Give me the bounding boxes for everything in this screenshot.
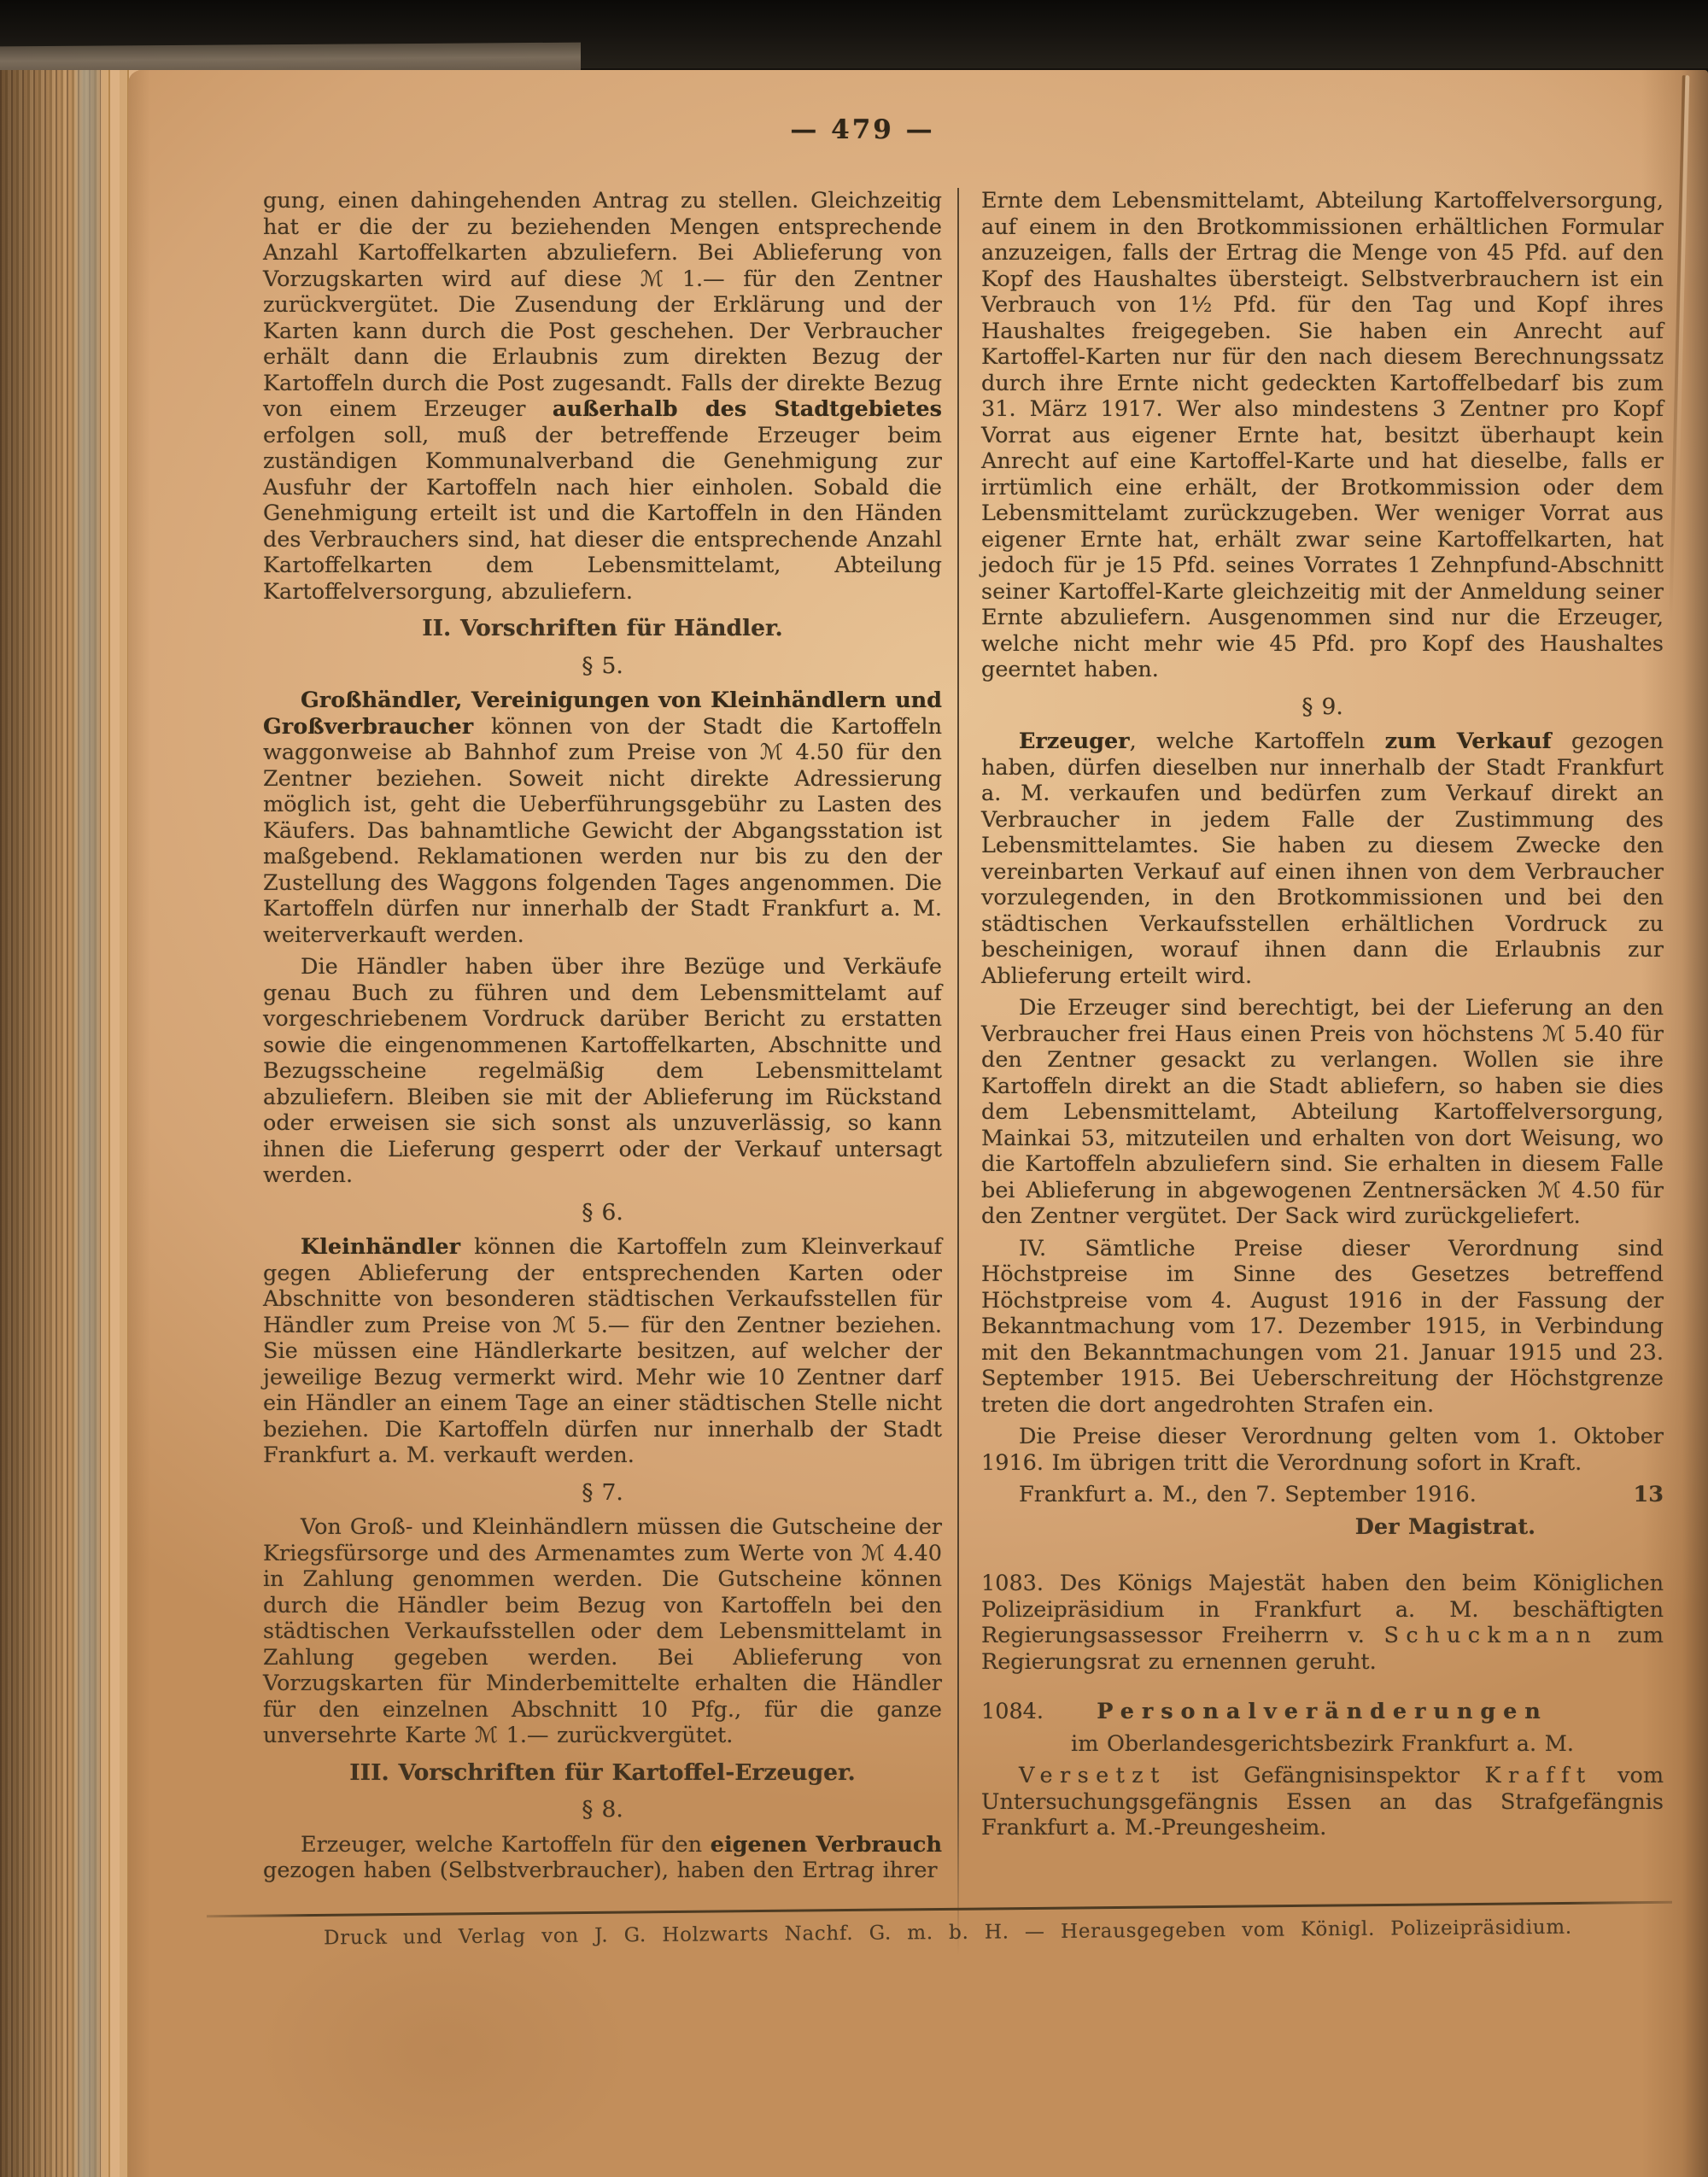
text-run: Die Preise dieser Verordnung gelten vom … (981, 1424, 1664, 1476)
paragraph-mark-heading: § 6. (263, 1200, 942, 1226)
paragraph: Kleinhändler können die Kartoffeln zum K… (263, 1234, 942, 1469)
paragraph: Großhändler, Vereinigungen von Kleinhänd… (263, 688, 942, 948)
text-run: , welche Kartoffeln (1130, 729, 1385, 754)
gazette-page: — 479 — gung, einen dahingehenden Antrag… (128, 70, 1708, 2177)
text-run: gung, einen dahingehenden Antrag zu stel… (263, 188, 942, 422)
text-run: gezogen haben, dürfen dieselben nur inne… (981, 729, 1664, 989)
serial-number: 13 (1634, 1482, 1664, 1508)
bold-run: Kleinhändler (301, 1234, 460, 1260)
text-run: Ernte dem Lebensmittelamt, Abteilung Kar… (981, 188, 1664, 682)
paragraph: Versetzt ist Gefängnisinspektor Krafft v… (981, 1763, 1664, 1841)
numbered-heading: 1084.Personalveränderungen (981, 1699, 1664, 1725)
text-run: Von Groß- und Kleinhändlern müssen die G… (263, 1514, 942, 1748)
bold-run: eigenen Verbrauch (711, 1832, 942, 1858)
paragraph: Die Händler haben über ihre Bezüge und V… (263, 954, 942, 1189)
centered-subheading: im Oberlandesgerichtsbezirk Frankfurt a.… (981, 1731, 1664, 1758)
letterspaced-run: Versetzt (1019, 1763, 1167, 1788)
bold-run: außerhalb des Stadtgebietes (553, 396, 942, 422)
paragraph: 1083. Des Königs Majestät haben den beim… (981, 1571, 1664, 1675)
text-run: gezogen haben (Selbstverbraucher), haben… (263, 1858, 938, 1883)
dateline: Frankfurt a. M., den 7. September 1916.1… (981, 1482, 1664, 1508)
item-number: 1084. (981, 1699, 1044, 1725)
text-run: Die Erzeuger sind berechtigt, bei der Li… (981, 995, 1664, 1229)
text-run: Erzeuger, welche Kartoffeln für den (301, 1832, 711, 1858)
page-edge-highlight-strip (73, 70, 102, 2177)
item-heading: Personalveränderungen (1097, 1699, 1547, 1724)
paragraph-mark-heading: § 7. (263, 1480, 942, 1507)
paragraph-mark-heading: § 9. (981, 694, 1664, 721)
column-divider-rule (957, 188, 959, 1956)
text-run: erfolgen soll, muß der betreffende Erzeu… (263, 423, 942, 605)
dateline-place-date: Frankfurt a. M., den 7. September 1916. (1019, 1482, 1477, 1508)
paragraph: gung, einen dahingehenden Antrag zu stel… (263, 188, 942, 605)
paragraph: Erzeuger, welche Kartoffeln zum Verkauf … (981, 729, 1664, 989)
section-heading: II. Vorschriften für Händler. (263, 616, 942, 642)
left-column: gung, einen dahingehenden Antrag zu stel… (263, 188, 942, 1884)
letterspaced-run: Schuckmann (1384, 1623, 1599, 1648)
paragraph: Die Preise dieser Verordnung gelten vom … (981, 1424, 1664, 1476)
right-column: Ernte dem Lebensmittelamt, Abteilung Kar… (981, 188, 1664, 1841)
signature-line: Der Magistrat. (981, 1514, 1664, 1541)
text-run: Die Händler haben über ihre Bezüge und V… (263, 954, 942, 1188)
text-run: können von der Stadt die Kartoffeln wagg… (263, 714, 942, 948)
text-run: ist Gefängnisinspektor (1167, 1763, 1485, 1788)
paragraph: Erzeuger, welche Kartoffeln für den eige… (263, 1832, 942, 1884)
paragraph: Die Erzeuger sind berechtigt, bei der Li… (981, 995, 1664, 1230)
paragraph-mark-heading: § 8. (263, 1797, 942, 1823)
paragraph-mark-heading: § 5. (263, 653, 942, 680)
letterspaced-run: Krafft (1485, 1763, 1593, 1788)
text-run: IV. Sämtliche Preise dieser Verordnung s… (981, 1236, 1664, 1418)
paragraph: IV. Sämtliche Preise dieser Verordnung s… (981, 1236, 1664, 1419)
text-run: können die Kartoffeln zum Kleinverkauf g… (263, 1234, 942, 1468)
page-number: — 479 — (769, 114, 956, 145)
bold-run: Erzeuger (1019, 729, 1130, 754)
text-columns: gung, einen dahingehenden Antrag zu stel… (263, 188, 1665, 1956)
paragraph: Von Groß- und Kleinhändlern müssen die G… (263, 1514, 942, 1749)
paragraph: Ernte dem Lebensmittelamt, Abteilung Kar… (981, 188, 1664, 683)
bold-run: zum Verkauf (1385, 729, 1552, 754)
section-heading: III. Vorschriften für Kartoffel-Erzeuger… (263, 1760, 942, 1787)
